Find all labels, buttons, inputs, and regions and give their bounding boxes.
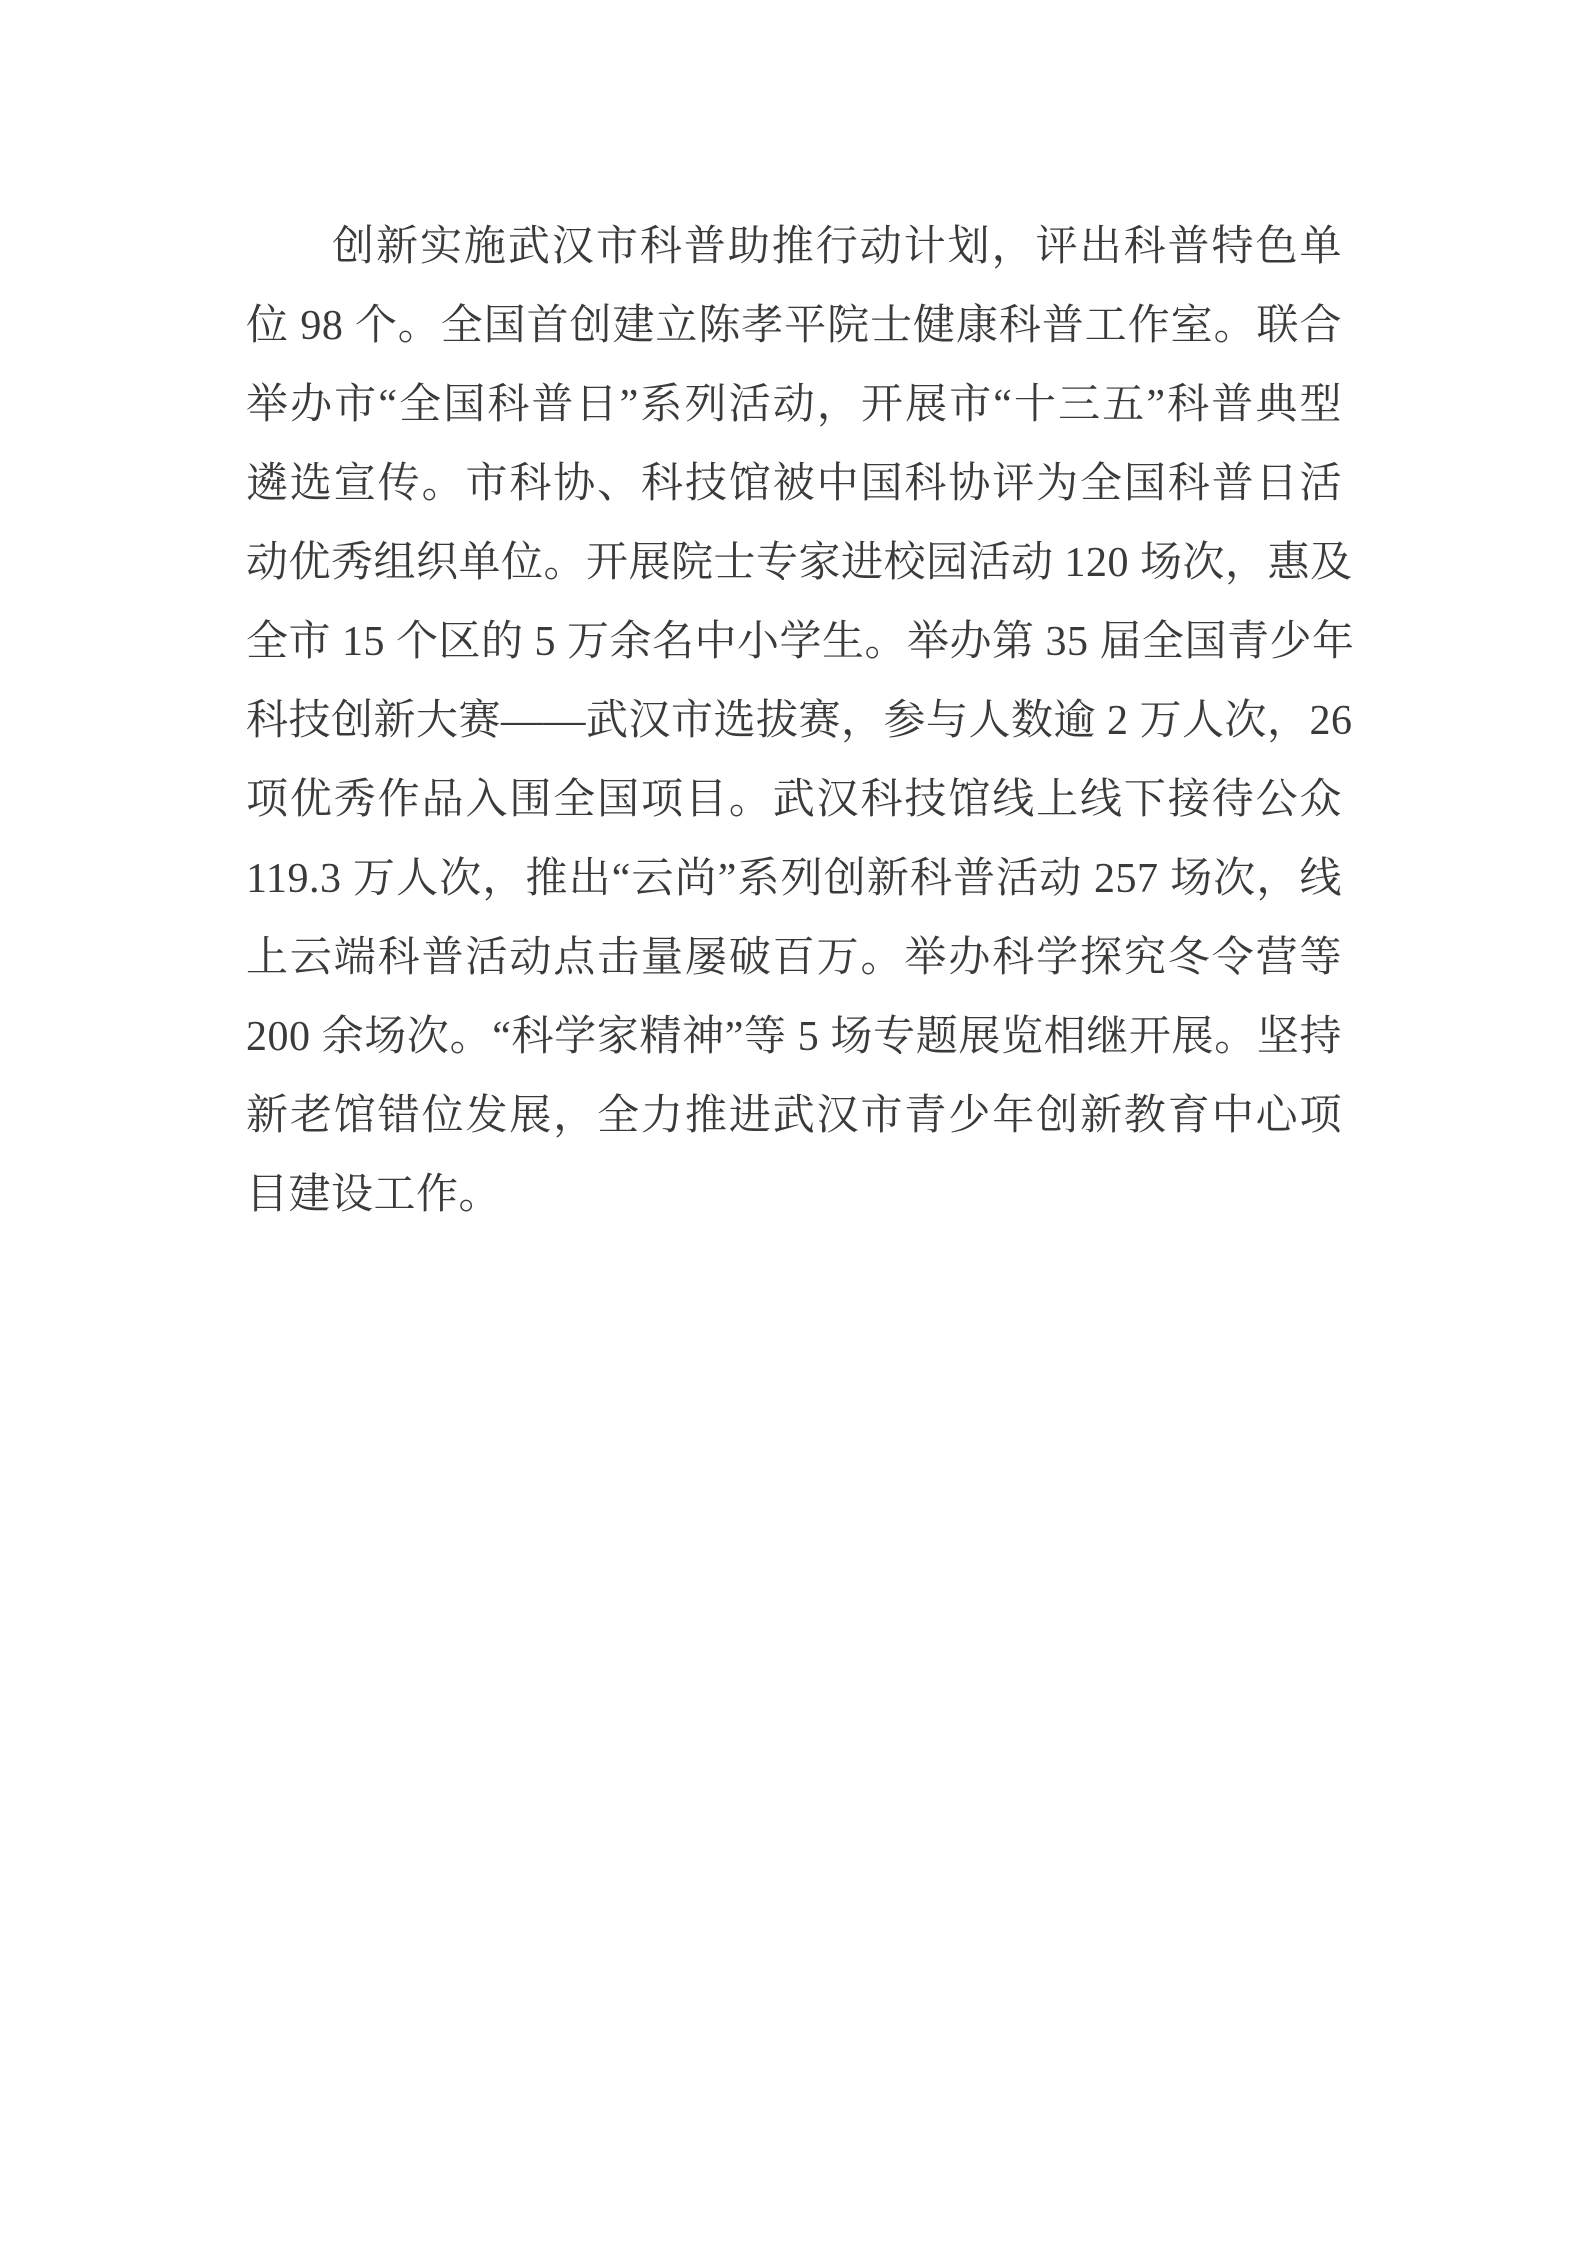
- paragraph-line: 新老馆错位发展，全力推进武汉市青少年创新教育中心项: [246, 1077, 1342, 1156]
- paragraph-line: 动优秀组织单位。开展院士专家进校园活动 120 场次，惠及: [246, 524, 1342, 603]
- paragraph-line: 上云端科普活动点击量屡破百万。举办科学探究冬令营等: [246, 919, 1342, 998]
- paragraph-line: 创新实施武汉市科普助推行动计划，评出科普特色单: [246, 208, 1342, 287]
- paragraph-line: 位 98 个。全国首创建立陈孝平院士健康科普工作室。联合: [246, 287, 1342, 366]
- paragraph-line: 119.3 万人次，推出“云尚”系列创新科普活动 257 场次，线: [246, 840, 1342, 919]
- paragraph-line: 全市 15 个区的 5 万余名中小学生。举办第 35 届全国青少年: [246, 603, 1342, 682]
- paragraph-line: 项优秀作品入围全国项目。武汉科技馆线上线下接待公众: [246, 761, 1342, 840]
- paragraph-line: 科技创新大赛——武汉市选拔赛，参与人数逾 2 万人次，26: [246, 682, 1342, 761]
- paragraph-line: 目建设工作。: [246, 1156, 1342, 1235]
- paragraph-line: 举办市“全国科普日”系列活动，开展市“十三五”科普典型: [246, 366, 1342, 445]
- body-paragraph: 创新实施武汉市科普助推行动计划，评出科普特色单位 98 个。全国首创建立陈孝平院…: [246, 208, 1342, 1235]
- paragraph-line: 遴选宣传。市科协、科技馆被中国科协评为全国科普日活: [246, 445, 1342, 524]
- document-page: 创新实施武汉市科普助推行动计划，评出科普特色单位 98 个。全国首创建立陈孝平院…: [0, 0, 1588, 2246]
- paragraph-line: 200 余场次。“科学家精神”等 5 场专题展览相继开展。坚持: [246, 998, 1342, 1077]
